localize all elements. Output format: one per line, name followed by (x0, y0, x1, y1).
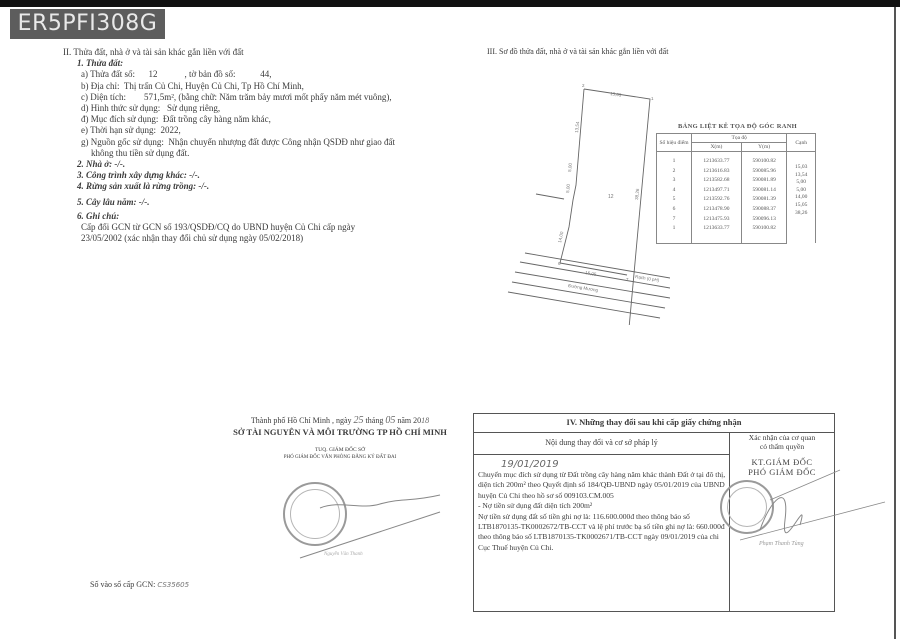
coord-cell-point: 5 (657, 195, 692, 205)
col-header-content: Nội dung thay đổi và cơ sở pháp lý (474, 438, 729, 447)
section-iii-title: III. Sơ đồ thửa đất, nhà ở và tài sản kh… (487, 47, 668, 56)
coord-cell-x: 1213475.93 (691, 215, 741, 225)
house-item: 2. Nhà ở: -/-. (63, 159, 443, 170)
entry-date: 19/01/2019 (501, 459, 559, 470)
land-plot-diagram: 15,03 13,54 5,00 5,00 14,00 15,05 38,26 … (500, 75, 670, 325)
parcel-heading: 1. Thửa đất: (63, 58, 443, 69)
edge-length: 14,00 (789, 194, 813, 202)
usage-form: d) Hình thức sử dụng: Sử dụng riêng, (63, 103, 443, 114)
parcel-area: c) Diện tích: 571,5m², (bằng chữ: Năm tr… (63, 92, 443, 103)
coord-cell-y: 590100.82 (741, 152, 787, 167)
coord-cell-y: 590085.96 (741, 167, 787, 177)
usage-term: e) Thời hạn sử dụng: 2022, (63, 125, 443, 136)
edge-length: 13,54 (789, 172, 813, 180)
header-x: X(m) (691, 143, 741, 152)
svg-text:12: 12 (608, 194, 614, 200)
coord-cell-y: 590081.89 (741, 176, 787, 186)
issuing-org: SỞ TÀI NGUYÊN VÀ MÔI TRƯỜNG TP HỒ CHÍ MI… (200, 427, 480, 437)
coord-cell-x: 1213616.83 (691, 167, 741, 177)
col-header-confirm: Xác nhận của cơ quan có thẩm quyền (730, 433, 834, 451)
parcel-address: b) Địa chỉ: Thị trấn Củ Chi, Huyện Củ Ch… (63, 81, 443, 92)
issuer-signature-block: Thành phố Hồ Chí Minh , ngày 25 tháng 05… (200, 415, 480, 460)
edge-length: 5,00 (789, 179, 813, 187)
coord-cell-point: 6 (657, 205, 692, 215)
usage-purpose: đ) Mục đích sử dụng: Đất trồng cây hàng … (63, 114, 443, 125)
svg-text:15,03: 15,03 (610, 91, 622, 98)
gcn-register-label: Số vào sổ cấp GCN: (90, 580, 155, 589)
section-ii-land-info: II. Thửa đất, nhà ở và tài sản khác gắn … (63, 47, 443, 244)
coord-cell-point: 7 (657, 215, 692, 225)
coord-cell-point: 1 (657, 224, 692, 243)
issuer-role-1: TUQ. GIÁM ĐỐC SỞ (200, 447, 480, 453)
header-point: Số hiệu điểm (657, 134, 692, 152)
edge-length: 38,26 (789, 210, 813, 218)
header-y: Y(m) (741, 143, 787, 152)
coord-cell-y: 590081.39 (741, 195, 787, 205)
coord-cell-point: 2 (657, 167, 692, 177)
note-line-2: 23/05/2002 (xác nhận thay đổi chủ sử dụn… (63, 233, 443, 244)
usage-origin-cont: không thu tiền sử dụng đất. (63, 148, 443, 159)
coord-table-title: BẢNG LIỆT KÊ TỌA ĐỘ GÓC RANH (678, 123, 797, 130)
usage-origin: g) Nguồn gốc sử dụng: Nhận chuyển nhượng… (63, 137, 443, 148)
svg-text:15,05: 15,05 (585, 270, 597, 277)
parcel-number: a) Thửa đất số: 12 , tờ bản đồ số: 44, (63, 69, 443, 80)
signature-right (740, 460, 900, 550)
svg-text:38,26: 38,26 (634, 188, 640, 200)
coord-cell-x: 1213592.76 (691, 195, 741, 205)
svg-text:1: 1 (651, 96, 654, 101)
svg-text:5,00: 5,00 (565, 183, 571, 193)
signer-name-left: Nguyễn Văn Thanh (324, 552, 363, 557)
coord-cell-y: 590088.37 (741, 205, 787, 215)
coord-cell-x: 1213633.77 (691, 224, 741, 243)
svg-text:14,00: 14,00 (557, 231, 564, 244)
svg-text:13,54: 13,54 (574, 121, 580, 133)
watermark-label: ER5PFI308G (10, 9, 165, 39)
edge-lengths: 15,0313,545,005,0014,0015,0538,26 (787, 152, 816, 244)
issuer-role-2: PHÓ GIÁM ĐỐC VĂN PHÒNG ĐĂNG KÝ ĐẤT ĐAI (200, 455, 480, 460)
issue-date: Thành phố Hồ Chí Minh , ngày 25 tháng 05… (200, 415, 480, 426)
signature-left (290, 480, 450, 560)
section-iv-title: IV. Những thay đổi sau khi cấp giấy chứn… (474, 417, 834, 427)
coordinate-table: Số hiệu điểm Tọa độ Cạnh X(m) Y(m) 11213… (656, 133, 816, 244)
svg-text:2: 2 (582, 83, 585, 88)
coord-cell-point: 1 (657, 152, 692, 167)
coord-row: 11213633.77590100.8215,0313,545,005,0014… (657, 152, 816, 167)
coord-cell-x: 1213478.90 (691, 205, 741, 215)
gcn-register: Số vào sổ cấp GCN: CS35605 (90, 580, 189, 589)
forest-item: 4. Rừng sản xuất là rừng trồng: -/-. (63, 181, 443, 192)
perennial-item: 5. Cây lâu năm: -/-. (63, 197, 443, 208)
section-ii-title: II. Thửa đất, nhà ở và tài sản khác gắn … (63, 47, 443, 58)
edge-length: 15,03 (789, 164, 813, 172)
coord-cell-y: 590096.13 (741, 215, 787, 225)
coord-cell-y: 590081.14 (741, 186, 787, 196)
coord-cell-x: 1213497.71 (691, 186, 741, 196)
coord-cell-y: 590100.82 (741, 224, 787, 243)
note-line-1: Cấp đổi GCN từ GCN số 193/QSDĐ/CQ do UBN… (63, 222, 443, 233)
coord-cell-x: 1213582.68 (691, 176, 741, 186)
divider (474, 454, 729, 455)
svg-text:Đường Mương: Đường Mương (568, 283, 599, 293)
svg-text:5,00: 5,00 (567, 162, 573, 172)
coord-cell-x: 1213633.77 (691, 152, 741, 167)
edge-length: 15,05 (789, 202, 813, 210)
gcn-register-value: CS35605 (157, 581, 189, 589)
change-content: Chuyển mục đích sử dụng từ Đất trồng cây… (478, 470, 728, 553)
top-border (0, 0, 900, 7)
edge-length: 5,00 (789, 187, 813, 195)
coord-cell-point: 3 (657, 176, 692, 186)
header-edge: Cạnh (787, 134, 816, 152)
coord-cell-point: 4 (657, 186, 692, 196)
header-coords: Tọa độ (691, 134, 786, 143)
note-heading: 6. Ghi chú: (63, 211, 443, 222)
construction-item: 3. Công trình xây dựng khác: -/-. (63, 170, 443, 181)
